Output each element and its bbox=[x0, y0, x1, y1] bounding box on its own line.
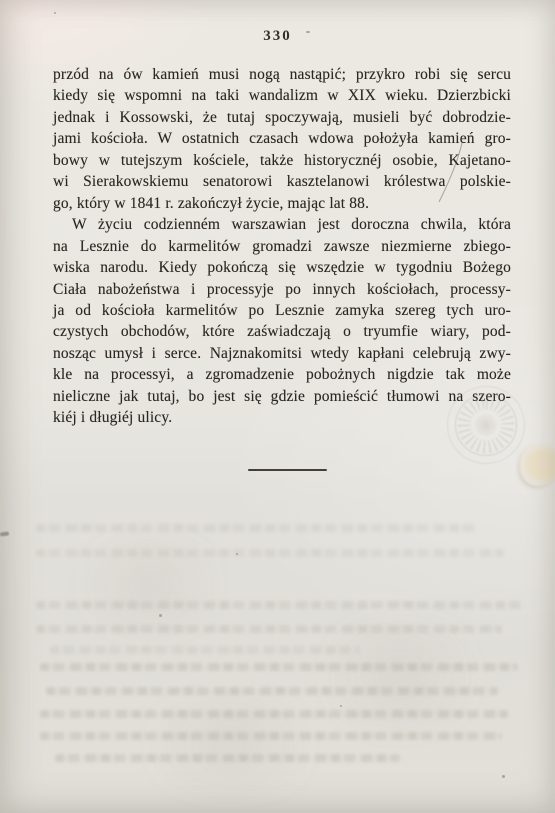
text-line: czystych obchodów, które zaświadczają o … bbox=[53, 321, 511, 342]
section-divider-rule bbox=[248, 469, 327, 471]
text-line: na Lesznie do karmelitów gromadzi zawsze… bbox=[53, 236, 511, 257]
bleed-through-line bbox=[36, 625, 502, 633]
text-line: ja od kościoła karmelitów po Lesznie zam… bbox=[53, 300, 511, 321]
text-line: kiéj i długiéj ulicy. bbox=[53, 407, 511, 428]
bleed-through-line bbox=[40, 732, 502, 740]
text-line: kle na processyi, a zgromadzenie pobożny… bbox=[53, 364, 511, 385]
text-line: przód na ów kamień musi nogą nastąpić; p… bbox=[53, 64, 511, 85]
dust-speck bbox=[502, 775, 505, 778]
text-line: nosząc umysł i serce. Najznakomitsi wted… bbox=[53, 343, 511, 364]
scan-hairline-scratch bbox=[430, 138, 475, 208]
dust-speck bbox=[54, 12, 56, 14]
dust-speck bbox=[306, 31, 310, 33]
text-line: Ciała nabożeństwa i processyje po innych… bbox=[53, 279, 511, 300]
text-line: wiska narodu. Kiedy pokończą się wszędzi… bbox=[53, 257, 511, 278]
bleed-through-line bbox=[36, 549, 504, 557]
bleed-through-line bbox=[46, 687, 498, 695]
bleed-through-line bbox=[55, 754, 400, 762]
bleed-through-line bbox=[36, 601, 524, 609]
bleed-through-line bbox=[40, 663, 518, 671]
bleed-through-line bbox=[50, 646, 360, 654]
text-line: nieliczne jak tutaj, bo jest się gdzie p… bbox=[53, 386, 511, 407]
body-text: przód na ów kamień musi nogą nastąpić; p… bbox=[53, 64, 511, 429]
seal-center-emblem bbox=[475, 414, 497, 436]
bleed-through-line bbox=[40, 710, 508, 718]
page-number: 330 bbox=[0, 28, 555, 45]
scanned-book-page: 330 przód na ów kamień musi nogą nastąpi… bbox=[0, 0, 555, 813]
dust-speck bbox=[340, 705, 342, 707]
dust-speck bbox=[236, 553, 238, 555]
text-line: jednak i Kossowski, że tutaj spoczywają,… bbox=[53, 107, 511, 128]
edge-ink-mark bbox=[0, 531, 9, 536]
paper-stain bbox=[520, 444, 555, 486]
text-line: W życiu codzienném warszawian jest doroc… bbox=[53, 214, 511, 235]
text-line: kiedy się wspomni na taki wandalizm w XI… bbox=[53, 85, 511, 106]
bleed-through-line bbox=[36, 524, 476, 532]
dust-speck bbox=[159, 614, 162, 617]
embossed-seal-stamp bbox=[447, 386, 525, 464]
